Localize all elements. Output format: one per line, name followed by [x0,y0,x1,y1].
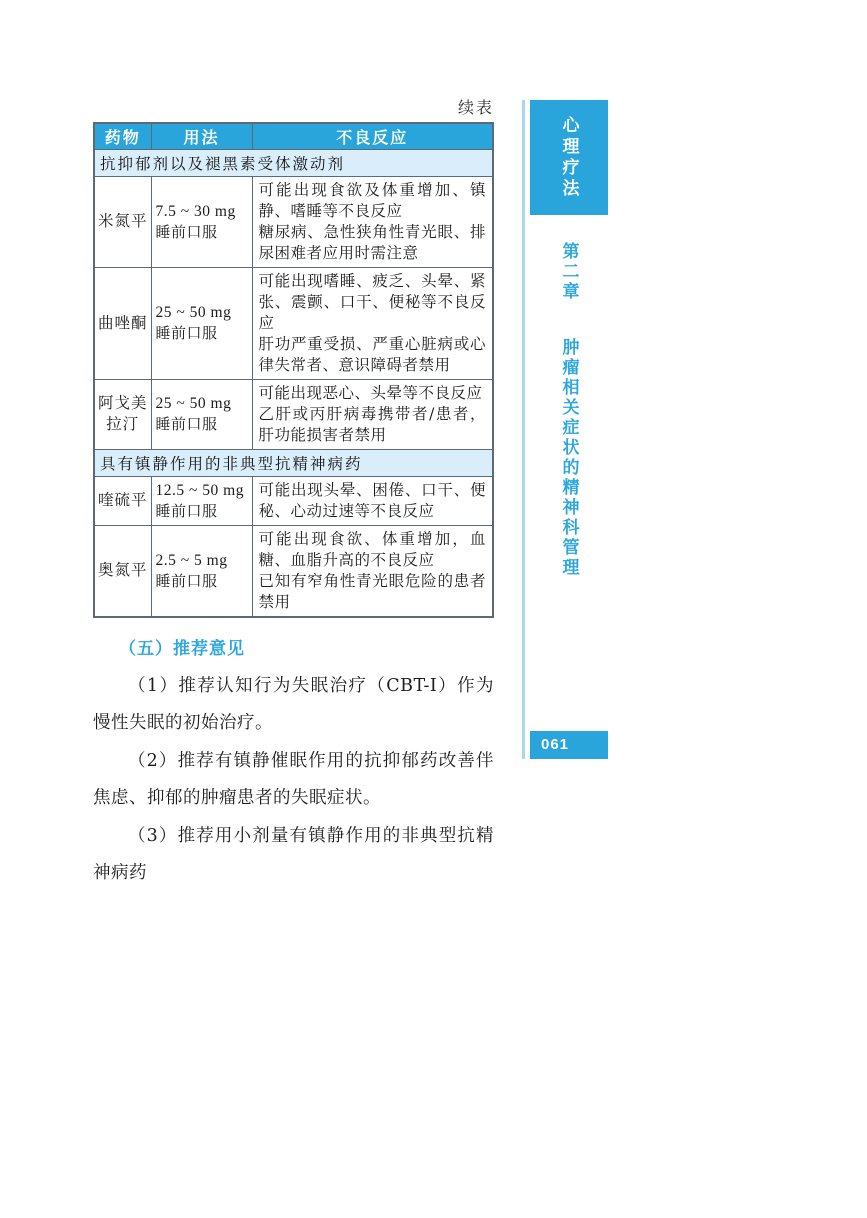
sidebar-divider-line [522,100,525,759]
page-number-badge: 061 [530,731,608,759]
usage-cell: 25 ~ 50 mg睡前口服 [151,379,252,449]
table-section-title: 具有镇静作用的非典型抗精神病药 [94,449,493,476]
adverse-reaction-line: 可能出现恶心、头晕等不良反应 [259,383,487,404]
chapter-number: 第二章 [560,242,579,302]
chapter-title: 肿瘤相关症状的精神科管理 [560,338,579,578]
page-content: 续表 药物 用法 不良反应 抗抑郁剂以及褪黑素受体激动剂米氮平7.5 ~ 30 … [93,99,494,893]
table-row: 阿戈美拉汀25 ~ 50 mg睡前口服可能出现恶心、头晕等不良反应乙肝或丙肝病毒… [94,379,493,449]
adverse-reaction-line: 糖尿病、急性狭角性青光眼、排尿困难者应用时需注意 [259,222,487,264]
recommendation-paragraph-3: （3）推荐用小剂量有镇静作用的非典型抗精神病药 [93,818,494,893]
adverse-reaction-cell: 可能出现食欲及体重增加、镇静、嗜睡等不良反应糖尿病、急性狭角性青光眼、排尿困难者… [252,176,493,267]
drug-name-cell: 曲唑酮 [94,267,151,379]
recommendation-paragraph-1: （1）推荐认知行为失眠治疗（CBT-I）作为慢性失眠的初始治疗。 [93,668,494,743]
usage-cell: 25 ~ 50 mg睡前口服 [151,267,252,379]
dose-value: 25 ~ 50 mg [156,395,232,412]
table-section-title: 抗抑郁剂以及褪黑素受体激动剂 [94,149,493,176]
usage-cell: 2.5 ~ 5 mg睡前口服 [151,525,252,617]
adverse-reaction-cell: 可能出现恶心、头晕等不良反应乙肝或丙肝病毒携带者/患者，肝功能损害者禁用 [252,379,493,449]
adverse-reaction-line: 乙肝或丙肝病毒携带者/患者，肝功能损害者禁用 [259,404,487,446]
table-row: 米氮平7.5 ~ 30 mg睡前口服可能出现食欲及体重增加、镇静、嗜睡等不良反应… [94,176,493,267]
sidebar-tab-label: 心理疗法 [557,116,582,200]
continued-table-label: 续表 [93,99,494,117]
recommendation-paragraph-2: （2）推荐有镇静催眠作用的抗抑郁药改善伴焦虑、抑郁的肿瘤患者的失眠症状。 [93,743,494,818]
administration-route: 睡前口服 [156,502,218,520]
adverse-reaction-line: 可能出现食欲、体重增加，血糖、血脂升高的不良反应 [259,529,487,571]
usage-cell: 7.5 ~ 30 mg睡前口服 [151,176,252,267]
administration-route: 睡前口服 [156,223,218,241]
dose-value: 7.5 ~ 30 mg [156,203,236,220]
drug-adverse-reaction-table: 药物 用法 不良反应 抗抑郁剂以及褪黑素受体激动剂米氮平7.5 ~ 30 mg睡… [93,122,494,618]
administration-route: 睡前口服 [156,415,218,433]
sidebar-section-tab: 心理疗法 [530,100,608,215]
table-row: 喹硫平12.5 ~ 50 mg睡前口服可能出现头晕、困倦、口干、便秘、心动过速等… [94,476,493,525]
drug-name-cell: 米氮平 [94,176,151,267]
dose-value: 2.5 ~ 5 mg [156,552,228,569]
dose-value: 12.5 ~ 50 mg [156,482,244,499]
adverse-reaction-line: 肝功严重受损、严重心脏病或心律失常者、意识障碍者禁用 [259,334,487,376]
column-header-drug: 药物 [94,123,151,149]
table-row: 奥氮平2.5 ~ 5 mg睡前口服可能出现食欲、体重增加，血糖、血脂升高的不良反… [94,525,493,617]
adverse-reaction-line: 可能出现头晕、困倦、口干、便秘、心动过速等不良反应 [259,480,487,522]
drug-name-cell: 奥氮平 [94,525,151,617]
adverse-reaction-cell: 可能出现食欲、体重增加，血糖、血脂升高的不良反应已知有窄角性青光眼危险的患者禁用 [252,525,493,617]
sidebar-chapter: 第二章 肿瘤相关症状的精神科管理 [530,242,608,578]
table-section-row: 具有镇静作用的非典型抗精神病药 [94,449,493,476]
column-header-adverse-reaction: 不良反应 [252,123,493,149]
column-header-usage: 用法 [151,123,252,149]
adverse-reaction-cell: 可能出现嗜睡、疲乏、头晕、紧张、震颤、口干、便秘等不良反应肝功严重受损、严重心脏… [252,267,493,379]
adverse-reaction-line: 已知有窄角性青光眼危险的患者禁用 [259,571,487,613]
dose-value: 25 ~ 50 mg [156,304,232,321]
usage-cell: 12.5 ~ 50 mg睡前口服 [151,476,252,525]
table-header-row: 药物 用法 不良反应 [94,123,493,149]
drug-name-cell: 喹硫平 [94,476,151,525]
drug-name-cell: 阿戈美拉汀 [94,379,151,449]
adverse-reaction-line: 可能出现嗜睡、疲乏、头晕、紧张、震颤、口干、便秘等不良反应 [259,271,487,334]
adverse-reaction-cell: 可能出现头晕、困倦、口干、便秘、心动过速等不良反应 [252,476,493,525]
section-heading-recommendations: （五）推荐意见 [93,634,494,664]
adverse-reaction-line: 可能出现食欲及体重增加、镇静、嗜睡等不良反应 [259,180,487,222]
table-section-row: 抗抑郁剂以及褪黑素受体激动剂 [94,149,493,176]
body-text: （五）推荐意见 （1）推荐认知行为失眠治疗（CBT-I）作为慢性失眠的初始治疗。… [93,634,494,893]
table-row: 曲唑酮25 ~ 50 mg睡前口服可能出现嗜睡、疲乏、头晕、紧张、震颤、口干、便… [94,267,493,379]
administration-route: 睡前口服 [156,572,218,590]
administration-route: 睡前口服 [156,324,218,342]
